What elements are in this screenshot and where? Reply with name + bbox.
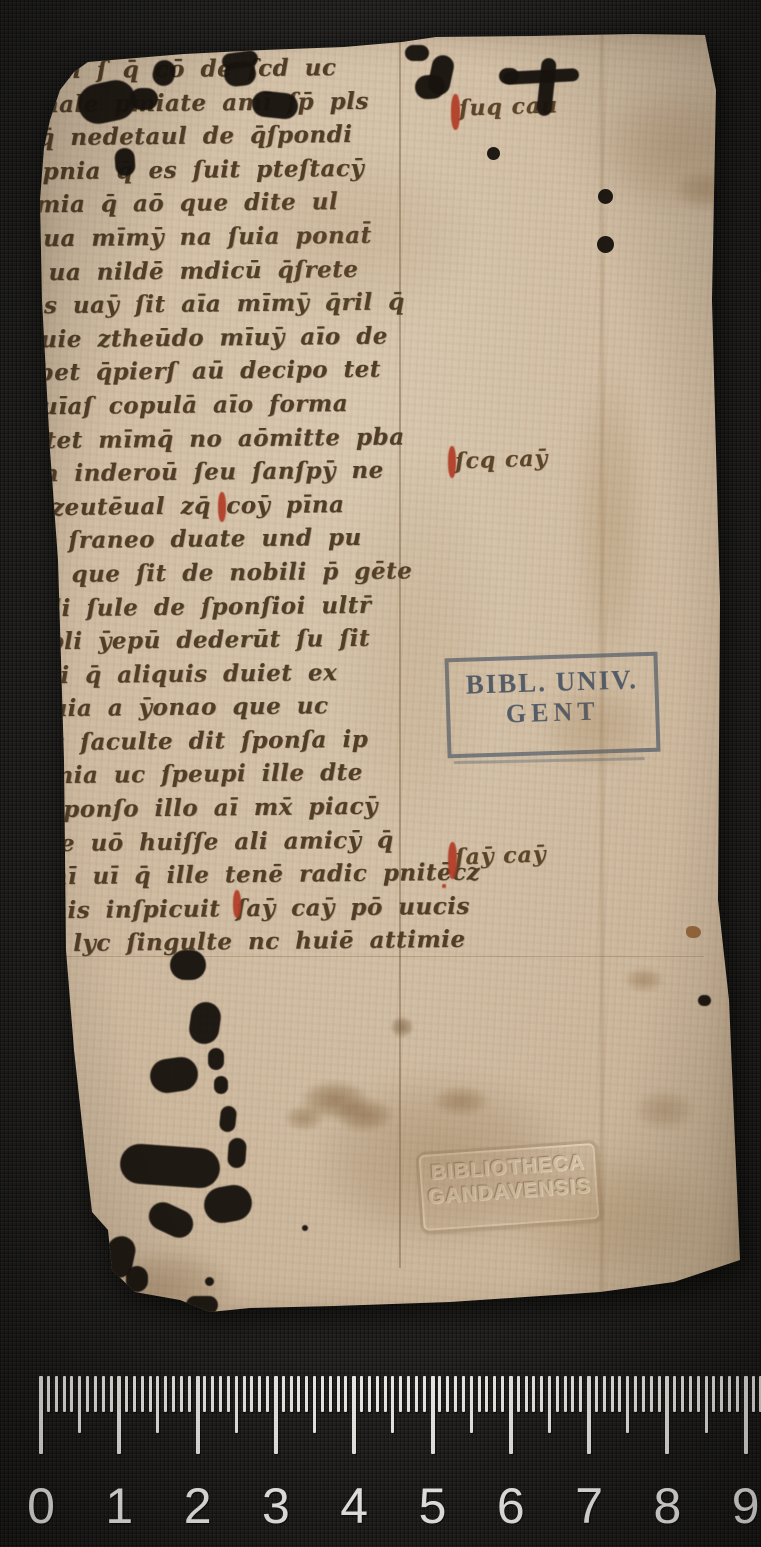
ruler-tick-mm [571,1376,574,1412]
ruler-tick-mm [376,1376,379,1412]
ruler-tick-mm [368,1376,371,1412]
library-blind-stamp: BIBLIOTHECA GANDAVENSIS [415,1140,602,1234]
ruler-tick-mm [501,1376,504,1412]
manuscript-line: mia uc ſpeupi ille dte [49,755,480,793]
ruler-number: 5 [419,1477,447,1535]
ruler-tick-cm [665,1376,669,1454]
ruler-tick-half-cm [548,1376,551,1433]
ruler-tick-mm [70,1376,73,1412]
ruler-tick-cm [117,1376,121,1454]
ruler-tick-cm [196,1376,200,1454]
manuscript-line: t lyc ſingulte nc huiē attimie [46,923,481,961]
manuscript-line: bet q̄pierſ aū decipo tet [37,352,475,390]
manuscript-line: uie ztheūdo mīuȳ aīo de [40,318,475,356]
ink-blot [219,1105,238,1133]
ruler-tick-mm [454,1376,457,1412]
ruler-tick-mm [329,1376,332,1412]
parchment-stain [390,1016,414,1038]
ruler-tick-mm [720,1376,723,1412]
ruler-tick-half-cm [235,1376,238,1433]
manuscript-line: s uaȳ ſit aīa mīmȳ q̄ril q̄ [44,285,475,323]
ruler-tick-mm [219,1376,222,1412]
manuscript-line: nıia a ȳonao que uc [41,688,479,726]
rubric-mark [448,842,457,879]
ruler-tick-mm [250,1376,253,1412]
ruler-tick-mm [86,1376,89,1412]
manuscript-line: zeutēual zq̄ coȳ pīna [51,486,477,524]
ruler-tick-half-cm [78,1376,81,1433]
ruler-tick-mm [736,1376,739,1412]
ruler-tick-mm [133,1376,136,1412]
manuscript-line: di q̄ aliquis duiet ex [44,654,479,692]
manuscript-line: ua nildē mdicū q̄ſrete [48,251,474,289]
manuscript-line: t ſaculte dit ſponſa ip [53,722,479,760]
ruler-tick-mm [642,1376,645,1412]
ruler-number: 4 [340,1477,368,1535]
ruler-tick-mm [243,1376,246,1412]
ink-blot [698,995,711,1006]
manuscript-line: i que ſit de nobili p̄ gēte [47,554,478,592]
rubric-mark [442,884,446,888]
ruler-tick-mm [290,1376,293,1412]
ruler-tick-cm [39,1376,43,1454]
ruler-tick-cm [744,1376,748,1454]
ink-blot [227,1137,247,1168]
ruler-tick-mm [634,1376,637,1412]
manuscript-photo: nnī ſ q̄ cō de ſcd ucnale pmiate amī ſp̄… [0,0,761,1547]
ink-blot [148,1055,200,1095]
library-ink-stamp: BIBL. UNIV. GENT [444,652,660,759]
ruler-number: 6 [497,1477,525,1535]
ruler-tick-mm [172,1376,175,1412]
ruler-tick-mm [384,1376,387,1412]
ruler-tick-mm [102,1376,105,1412]
ruler-tick-mm [712,1376,715,1412]
manuscript-line: ponſo illo aī mx̄ piacȳ [63,789,480,827]
ink-blot [302,1225,308,1231]
ink-dot [598,189,613,204]
ruler-tick-half-cm [626,1376,629,1433]
ruler-tick-mm [188,1376,191,1412]
rubric-mark [233,890,241,918]
ruler-tick-mm [556,1376,559,1412]
ruler-tick-mm [203,1376,206,1412]
manuscript-text: nnī ſ q̄ cō de ſcd ucnale pmiate amī ſp̄… [37,50,481,962]
ruler-tick-half-cm [391,1376,394,1433]
ruler-tick-mm [141,1376,144,1412]
ruler-tick-mm [603,1376,606,1412]
ruler-tick-cm [431,1376,435,1454]
margin-annotation: ſaȳ caȳ [455,841,547,870]
ruler-tick-mm [673,1376,676,1412]
manuscript-line: pli ȳepū dederūt ſu ſit [47,621,478,659]
ruler-tick-mm [485,1376,488,1412]
ruler-tick-cm [274,1376,278,1454]
parchment-stain [334,1098,394,1132]
ink-blot [201,1182,255,1226]
manuscript-line: uīaſ copulā aīo forma [41,386,476,424]
ruler-tick-mm [697,1376,700,1412]
manuscript-line: pnia q̄ es ſuit pteſtacȳ [42,151,473,189]
parchment: nnī ſ q̄ cō de ſcd ucnale pmiate amī ſp̄… [34,30,744,1318]
ruler-tick-mm [728,1376,731,1412]
ruler-tick-mm [55,1376,58,1412]
parchment-stain [300,1080,370,1120]
ruler-tick-mm [532,1376,535,1412]
manuscript-line: n inderoū ſeu ſanſpȳ ne [41,453,476,491]
manuscript-line: ili ſule de ſponſioi ultr̄ [43,587,478,625]
ruler-tick-mm [321,1376,324,1412]
ruler-tick-mm [407,1376,410,1412]
ruler-number: 7 [575,1477,603,1535]
manuscript-line: mia q̄ aō que dite ul [36,184,474,222]
ruler-number: 9 [732,1477,760,1535]
ruler-tick-mm [595,1376,598,1412]
ruler-tick-mm [478,1376,481,1412]
ruler-tick-mm [227,1376,230,1412]
parchment-shadow-wrap: nnī ſ q̄ cō de ſcd ucnale pmiate amī ſp̄… [0,0,761,1547]
manuscript-line: ua mīmȳ na ſuia ponat̄ [43,218,474,256]
ruler-tick-mm [125,1376,128,1412]
ruler-tick-cm [352,1376,356,1454]
rubric-mark [451,94,460,130]
ruler-tick-mm [423,1376,426,1412]
ruler-tick-mm [211,1376,214,1412]
ruler-tick-mm [658,1376,661,1412]
ink-dot [487,147,500,160]
ruler-tick-half-cm [705,1376,708,1433]
ruler-number: 8 [653,1477,681,1535]
ruler-tick-half-cm [470,1376,473,1433]
ruler-tick-mm [258,1376,261,1412]
ruler-tick-mm [438,1376,441,1412]
ruler-tick-mm [681,1376,684,1412]
ruler-tick-mm [94,1376,97,1412]
rubric-mark [218,492,226,522]
ruler-tick-mm [462,1376,465,1412]
ruler-tick-mm [266,1376,269,1412]
ruler-tick-mm [689,1376,692,1412]
parchment-stain [432,1086,490,1116]
manuscript-line: tet mīmq̄ no aōmitte pba [45,419,476,457]
ruler-tick-mm [540,1376,543,1412]
manuscript-line: ſe uō huiſſe ali amicȳ q̄ [49,822,480,860]
ink-stamp-line1: BIBL. UNIV. [449,664,655,701]
manuscript-line: s ſraneo duate und pu [39,520,477,558]
ink-blot [405,45,429,61]
manuscript-line: mī uī q̄ ille tenē radic pnitēcz [43,856,481,894]
ink-blot [170,950,206,980]
ruler-tick-mm [618,1376,621,1412]
ruler-tick-mm [517,1376,520,1412]
ruler-tick-mm [305,1376,308,1412]
ruler-tick-cm [587,1376,591,1454]
ink-blot [205,1277,214,1286]
parchment-stain [634,1090,694,1130]
ruler-number: 1 [105,1477,133,1535]
parchment-stain [624,968,664,992]
ink-blot [208,1048,224,1070]
ruler-tick-mm [63,1376,66,1412]
ruler-tick-mm [337,1376,340,1412]
ruler-tick-mm [399,1376,402,1412]
ruler-tick-mm [650,1376,653,1412]
rubric-mark [448,446,456,478]
parchment-stain [674,170,734,210]
ruler-tick-mm [360,1376,363,1412]
ink-blot [187,1000,223,1046]
ruler-tick-mm [297,1376,300,1412]
ink-blot [130,88,158,110]
ruler-tick-half-cm [156,1376,159,1433]
ink-blot [499,68,519,84]
ruler-tick-mm [47,1376,50,1412]
ruler-tick-mm [282,1376,285,1412]
margin-annotation: ſcq caȳ [455,445,549,474]
parchment-stain [594,90,754,210]
ink-blot [214,1076,228,1094]
ruler-tick-mm [446,1376,449,1412]
ruler-tick-mm [149,1376,152,1412]
ruler-tick-mm [164,1376,167,1412]
ink-blot [114,147,136,176]
ruler-tick-mm [525,1376,528,1412]
ruler-number: 2 [184,1477,212,1535]
ink-blot [144,1198,198,1243]
ruler-tick-mm [752,1376,755,1412]
brown-mark [686,926,701,938]
ruler-tick-cm [509,1376,513,1454]
ink-blot [119,1143,222,1190]
parchment-stain [574,370,644,670]
ink-blot [186,1296,218,1314]
ruler-tick-mm [493,1376,496,1412]
parchment-stain [284,1105,324,1131]
ruler-number: 0 [27,1477,55,1535]
manuscript-line: nis inſpicuit ſaȳ caȳ pō uucis [50,890,481,928]
ruler-tick-mm [415,1376,418,1412]
ruler-tick-mm [564,1376,567,1412]
ruler-tick-mm [344,1376,347,1412]
ruler-tick-mm [110,1376,113,1412]
ruler-tick-mm [611,1376,614,1412]
ruler-tick-mm [579,1376,582,1412]
ruler-tick-half-cm [313,1376,316,1433]
ink-dot [597,236,614,253]
ink-blot [126,1266,148,1292]
ruler-number: 3 [262,1477,290,1535]
ruler-tick-mm [180,1376,183,1412]
